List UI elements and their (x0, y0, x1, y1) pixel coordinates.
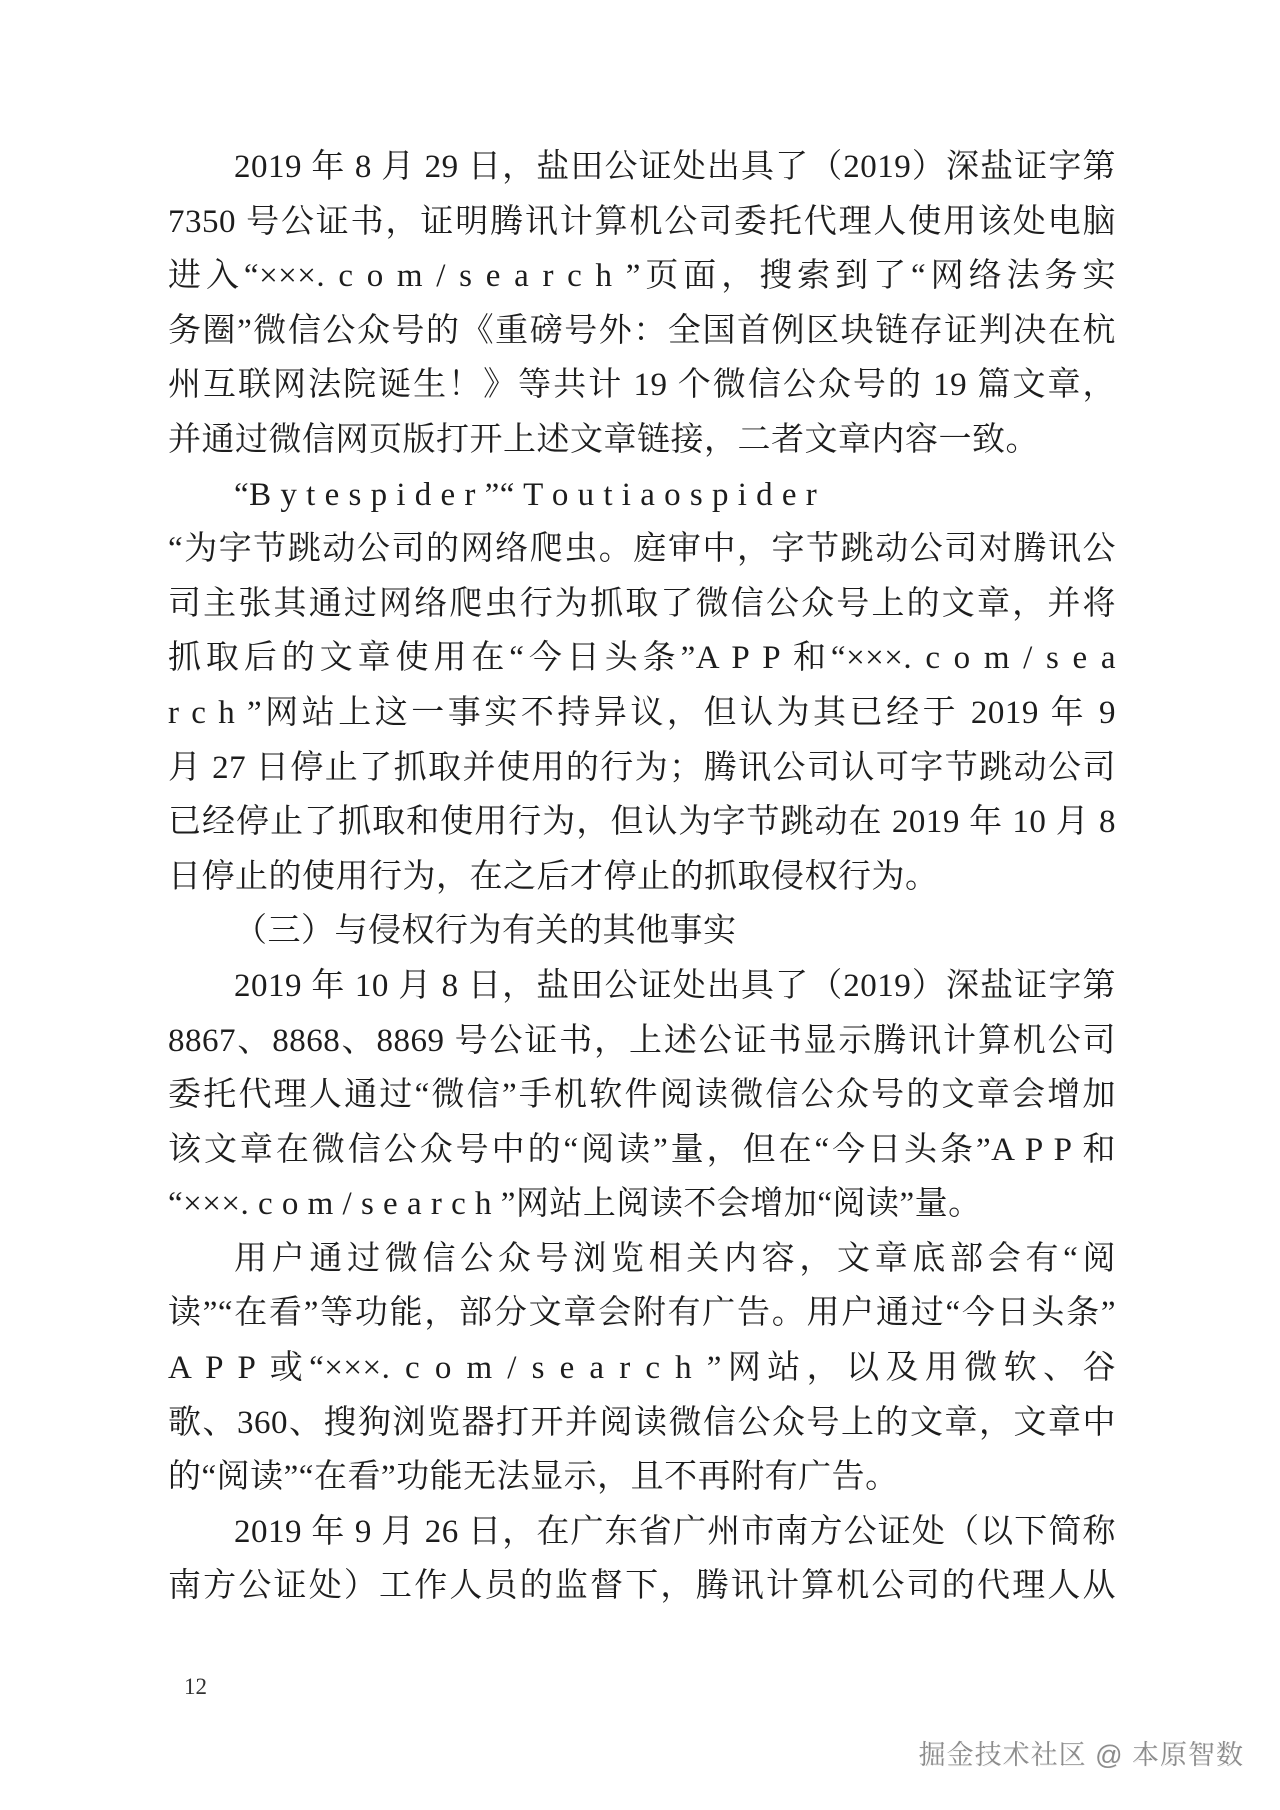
paragraph: “B y t e s p i d e r ”“ T o u t i a o s … (168, 468, 1116, 905)
body-line: 日停止的使用行为，在之后才停止的抓取侵权行为。 (168, 850, 1116, 905)
body-line: 的“阅读”“在看”功能无法显示，且不再附有广告。 (168, 1450, 1116, 1505)
body-line: 读”“在看”等功能，部分文章会附有广告。用户通过“今日头条” (168, 1286, 1116, 1341)
body-line: 8867、8868、8869 号公证书，上述公证书显示腾讯计算机公司 (168, 1014, 1116, 1069)
paragraph: 2019 年 8 月 29 日，盐田公证处出具了（2019）深盐证字第 7350… (168, 140, 1116, 468)
body-line: 2019 年 9 月 26 日，在广东省广州市南方公证处（以下简称 (168, 1505, 1116, 1560)
body-line: 2019 年 8 月 29 日，盐田公证处出具了（2019）深盐证字第 (168, 140, 1116, 195)
body-line: 歌、360、搜狗浏览器打开并阅读微信公众号上的文章，文章中 (168, 1396, 1116, 1451)
paragraph: 2019 年 10 月 8 日，盐田公证处出具了（2019）深盐证字第 8867… (168, 959, 1116, 1232)
body-line: A P P 或“×××. c o m / s e a r c h ”网站，以及用… (168, 1341, 1116, 1396)
text-block: 2019 年 8 月 29 日，盐田公证处出具了（2019）深盐证字第 7350… (168, 140, 1116, 1614)
watermark: 掘金技术社区 @ 本原智数 (919, 1738, 1244, 1772)
body-line: 进入“×××. c o m / s e a r c h ”页面，搜索到了“网络法… (168, 249, 1116, 304)
paragraph: 2019 年 9 月 26 日，在广东省广州市南方公证处（以下简称 南方公证处）… (168, 1505, 1116, 1614)
body-line: “B y t e s p i d e r ”“ T o u t i a o s … (168, 468, 1116, 523)
body-line: 已经停止了抓取和使用行为，但认为字节跳动在 2019 年 10 月 8 (168, 795, 1116, 850)
body-line: 月 27 日停止了抓取并使用的行为；腾讯公司认可字节跳动公司 (168, 741, 1116, 796)
body-line: 南方公证处）工作人员的监督下，腾讯计算机公司的代理人从 (168, 1559, 1116, 1614)
body-line: 该文章在微信公众号中的“阅读”量，但在“今日头条”A P P 和 (168, 1123, 1116, 1178)
body-line: 并通过微信网页版打开上述文章链接，二者文章内容一致。 (168, 413, 1116, 468)
body-line: “为字节跳动公司的网络爬虫。庭审中，字节跳动公司对腾讯公 (168, 522, 1116, 577)
body-line: 州互联网法院诞生！》等共计 19 个微信公众号的 19 篇文章， (168, 358, 1116, 413)
body-line: 2019 年 10 月 8 日，盐田公证处出具了（2019）深盐证字第 (168, 959, 1116, 1014)
body-line: 务圈”微信公众号的《重磅号外：全国首例区块链存证判决在杭 (168, 304, 1116, 359)
body-line: 司主张其通过网络爬虫行为抓取了微信公众号上的文章，并将 (168, 577, 1116, 632)
body-line: 7350 号公证书，证明腾讯计算机公司委托代理人使用该处电脑 (168, 195, 1116, 250)
section-heading: （三）与侵权行为有关的其他事实 (168, 904, 1116, 959)
document-page: 2019 年 8 月 29 日，盐田公证处出具了（2019）深盐证字第 7350… (0, 0, 1280, 1810)
page-number: 12 (184, 1672, 207, 1702)
body-line: 委托代理人通过“微信”手机软件阅读微信公众号的文章会增加 (168, 1068, 1116, 1123)
body-line: “×××. c o m / s e a r c h ”网站上阅读不会增加“阅读”… (168, 1177, 1116, 1232)
body-line: 用户通过微信公众号浏览相关内容，文章底部会有“阅 (168, 1232, 1116, 1287)
body-line: r c h ”网站上这一事实不持异议，但认为其已经于 2019 年 9 (168, 686, 1116, 741)
section: （三）与侵权行为有关的其他事实 (168, 904, 1116, 959)
paragraph: 用户通过微信公众号浏览相关内容，文章底部会有“阅 读”“在看”等功能，部分文章会… (168, 1232, 1116, 1505)
body-line: 抓取后的文章使用在“今日头条”A P P 和“×××. c o m / s e … (168, 631, 1116, 686)
